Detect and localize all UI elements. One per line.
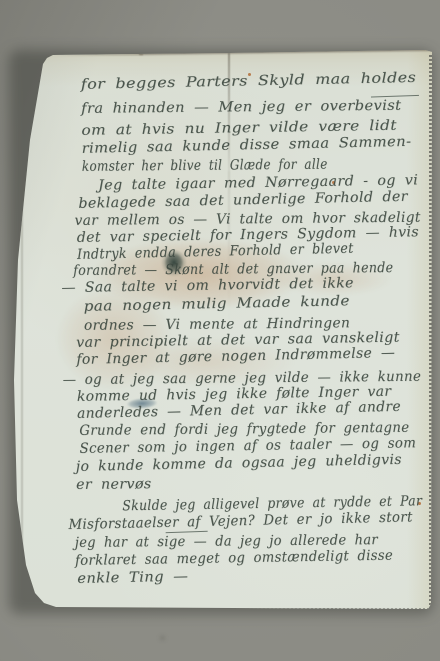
letter-paper: for begges Parters Skyld maa holdesfra h… <box>11 45 433 613</box>
photo-background: for begges Parters Skyld maa holdesfra h… <box>0 0 440 661</box>
handwritten-line: fra hinanden — Men jeg er overbevist <box>81 99 401 116</box>
handwritten-line: enkle Ting — <box>77 570 188 586</box>
handwritten-line: forklaret saa meget og omstændeligt diss… <box>75 549 393 568</box>
handwriting-layer: for begges Parters Skyld maa holdesfra h… <box>7 42 436 615</box>
background-speck <box>160 636 165 640</box>
handwritten-line: for begges Parters Skyld maa holdes <box>81 71 417 92</box>
handwritten-line: paa nogen mulig Maade kunde <box>84 294 350 314</box>
handwritten-line: det var specielt for Ingers Sygdom — hvi… <box>77 225 419 245</box>
handwritten-line: er nervøs <box>76 477 152 492</box>
handwritten-line: — Saa talte vi om hvorvidt det ikke <box>61 276 354 295</box>
handwritten-line: jeg har at sige — da jeg jo allerede har <box>75 533 378 550</box>
handwritten-line: Misforstaaelser af Vejen? Det er jo ikke… <box>68 510 412 532</box>
handwritten-line: komster her blive til Glæde for alle <box>82 158 328 174</box>
